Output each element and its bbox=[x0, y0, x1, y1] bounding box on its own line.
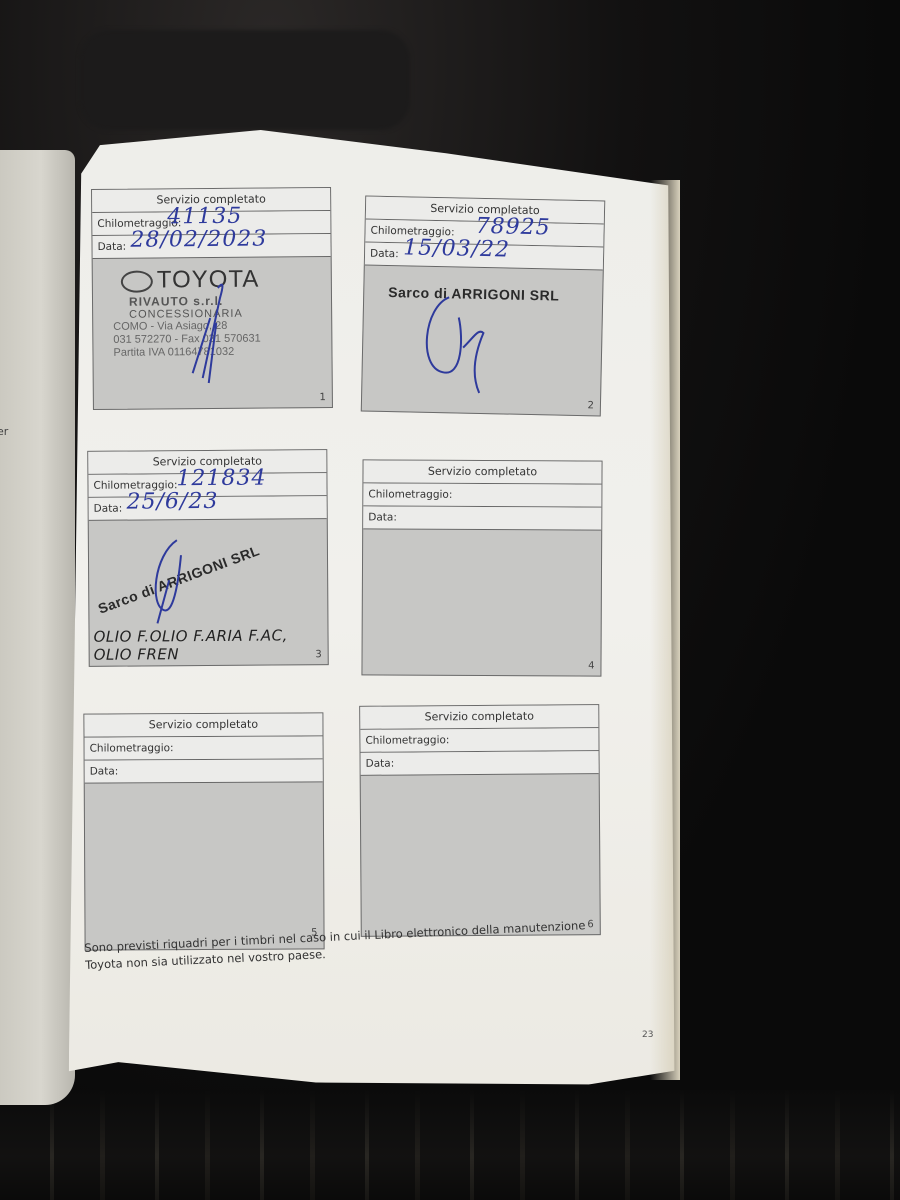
service-box-6: Servizio completato Chilometraggio: Data… bbox=[359, 704, 601, 937]
mileage-value: 121834 bbox=[176, 468, 266, 491]
signature-icon bbox=[188, 278, 229, 388]
box-number: 4 bbox=[588, 661, 594, 672]
date-value: 28/02/2023 bbox=[130, 229, 267, 252]
box-number: 3 bbox=[315, 649, 321, 660]
dealer-stamp-area: Sarco di ARRIGONI SRL OLIO F.OLIO F.ARIA… bbox=[89, 519, 328, 666]
date-row: Data: bbox=[363, 506, 601, 530]
date-row: Data: bbox=[361, 751, 599, 776]
date-value: 25/6/23 bbox=[127, 491, 219, 514]
toyota-emblem-icon bbox=[121, 270, 153, 292]
page-number: 23 bbox=[642, 1030, 653, 1040]
dealer-stamp-area: 5 bbox=[85, 782, 324, 943]
service-box-1: Servizio completato Chilometraggio: 4113… bbox=[91, 187, 333, 410]
box-number: 2 bbox=[587, 400, 594, 411]
signature-icon bbox=[139, 535, 200, 625]
seat-headrest bbox=[80, 30, 410, 130]
service-box-3: Servizio completato Chilometraggio: 1218… bbox=[87, 449, 329, 667]
mileage-row: Chilometraggio: bbox=[360, 728, 598, 753]
date-label: Data: bbox=[90, 765, 119, 777]
box-header: Servizio completato bbox=[363, 460, 601, 484]
left-page-text: ber bbox=[0, 425, 8, 438]
date-row: Data: 25/6/23 bbox=[89, 496, 327, 521]
stamp-line-4: 031 572270 - Fax 031 570631 bbox=[113, 333, 261, 347]
page-edge-shadow bbox=[650, 180, 680, 1080]
dealer-stamp-area: 6 bbox=[361, 774, 600, 936]
box-header: Servizio completato bbox=[360, 705, 598, 730]
dealer-stamp-area: TOYOTA RIVAUTO s.r.l. CONCESSIONARIA COM… bbox=[93, 257, 332, 409]
date-label: Data: bbox=[368, 511, 397, 523]
left-page: ber bbox=[0, 150, 75, 1105]
date-row: Data: bbox=[85, 759, 323, 783]
service-box-4: Servizio completato Chilometraggio: Data… bbox=[361, 459, 602, 676]
mileage-label: Chilometraggio: bbox=[365, 734, 449, 747]
date-label: Data: bbox=[366, 758, 395, 770]
service-box-5: Servizio completato Chilometraggio: Data… bbox=[83, 712, 324, 950]
service-box-2: Servizio completato Chilometraggio: 7892… bbox=[361, 196, 605, 417]
mileage-row: Chilometraggio: bbox=[85, 736, 323, 760]
dealer-stamp-area: 4 bbox=[362, 529, 601, 675]
service-notes: OLIO F.OLIO F.ARIA F.AC, OLIO FREN bbox=[93, 626, 293, 663]
mileage-value: 78925 bbox=[475, 216, 550, 240]
signature-icon bbox=[417, 287, 499, 399]
mileage-label: Chilometraggio: bbox=[368, 488, 452, 500]
date-label: Data: bbox=[370, 248, 399, 261]
date-row: Data: 28/02/2023 bbox=[92, 234, 330, 259]
box-header: Servizio completato bbox=[84, 713, 322, 737]
dealer-stamp-area: Sarco di ARRIGONI SRL 2 bbox=[362, 266, 603, 416]
mileage-label: Chilometraggio: bbox=[90, 742, 174, 754]
date-label: Data: bbox=[94, 503, 123, 515]
mileage-row: Chilometraggio: bbox=[363, 483, 601, 507]
floor-mat-shadow bbox=[0, 1090, 900, 1200]
date-value: 15/03/22 bbox=[403, 237, 510, 261]
mileage-value: 41135 bbox=[167, 206, 242, 229]
box-number: 1 bbox=[319, 392, 325, 403]
date-label: Data: bbox=[97, 241, 126, 253]
stamp-line-3: COMO - Via Asiago, 28 bbox=[113, 320, 261, 334]
stamp-line-5: Partita IVA 01164781032 bbox=[113, 346, 261, 360]
